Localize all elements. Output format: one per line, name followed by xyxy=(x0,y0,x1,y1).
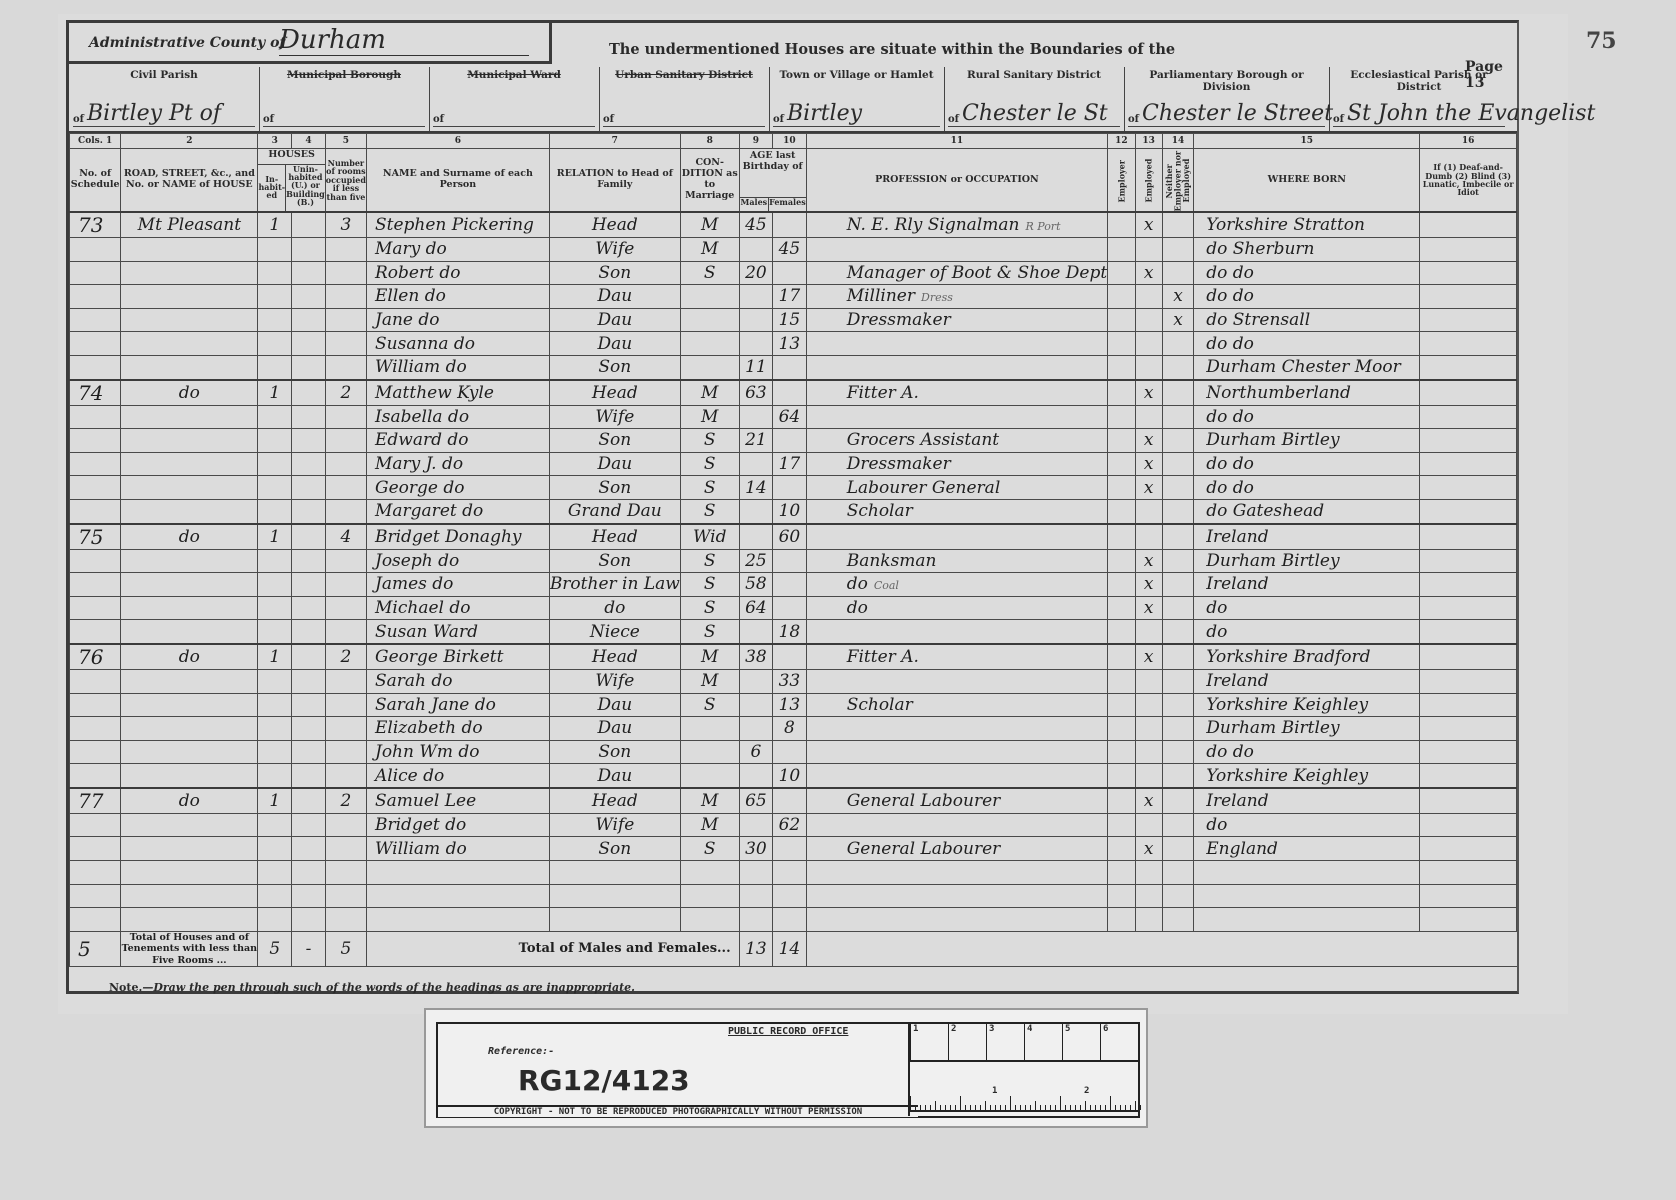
cell-male-age xyxy=(739,813,773,837)
cell-uninhabited xyxy=(292,908,326,932)
cell-rooms xyxy=(325,355,366,379)
ruler-tick xyxy=(1015,1105,1016,1110)
ruler-tick xyxy=(1090,1105,1091,1110)
cell-uninhabited xyxy=(292,549,326,573)
cell-infirmity xyxy=(1420,693,1517,717)
cell-road xyxy=(121,499,258,523)
cell-where-born-text: do do xyxy=(1206,742,1254,762)
column-numbers: Cols. 12345678910111213141516 xyxy=(70,134,1517,149)
cell-where-born: do do xyxy=(1194,405,1420,429)
cell-name: Susanna do xyxy=(367,332,550,356)
cell-where-born: Durham Birtley xyxy=(1194,549,1420,573)
census-row xyxy=(70,908,1517,932)
column-number: 9 xyxy=(739,134,773,149)
cell-relation xyxy=(549,908,680,932)
census-row: John Wm doSon6do do xyxy=(70,740,1517,764)
cell-relation: Son xyxy=(549,355,680,379)
cell-where-born-text: Yorkshire Stratton xyxy=(1206,215,1365,235)
cell-relation: Son xyxy=(549,837,680,861)
cell-employed xyxy=(1135,717,1162,741)
cell-occupation: Fitter A. xyxy=(806,644,1107,670)
cell-relation: Head xyxy=(549,644,680,670)
cell-condition: S xyxy=(680,596,739,620)
cell-inhabited xyxy=(258,355,292,379)
cell-occupation-text: General Labourer xyxy=(847,839,1001,859)
cell-infirmity xyxy=(1420,476,1517,500)
cell-employer xyxy=(1108,549,1135,573)
cell-schedule xyxy=(70,620,121,644)
cell-where-born-text: Yorkshire Keighley xyxy=(1206,766,1368,786)
cell-employer xyxy=(1108,717,1135,741)
cell-male-age xyxy=(739,499,773,523)
cell-condition-text: S xyxy=(704,454,716,474)
cell-uninhabited xyxy=(292,499,326,523)
cell-infirmity xyxy=(1420,764,1517,788)
cell-condition-text: Wid xyxy=(693,527,727,547)
cell-uninhabited xyxy=(292,261,326,285)
cell-schedule xyxy=(70,238,121,262)
cell-relation: Grand Dau xyxy=(549,499,680,523)
cell-schedule xyxy=(70,861,121,885)
header-age: AGE last Birthday of Males Females xyxy=(739,149,806,213)
column-number: 5 xyxy=(325,134,366,149)
cell-uninhabited xyxy=(292,524,326,550)
header-males: Males xyxy=(740,198,769,211)
cell-female-age-text: 17 xyxy=(779,286,801,306)
cell-female-age: 33 xyxy=(773,669,807,693)
census-row: 75do14Bridget DonaghyHeadWid60Ireland xyxy=(70,524,1517,550)
cell-female-age: 62 xyxy=(773,813,807,837)
cell-rooms xyxy=(325,429,366,453)
cell-male-age-text: 38 xyxy=(745,647,767,667)
cell-female-age-text: 15 xyxy=(779,310,801,330)
cell-occupation-text: Scholar xyxy=(847,501,913,521)
cell-relation-text: Head xyxy=(592,215,638,235)
cell-name-text: Edward do xyxy=(375,430,469,450)
cell-occupation-text: do xyxy=(847,598,868,618)
county-box: Administrative County of Durham xyxy=(69,23,552,64)
cell-occupation: N. E. Rly SignalmanR Port xyxy=(806,212,1107,238)
cell-male-age: 45 xyxy=(739,212,773,238)
cell-condition: M xyxy=(680,405,739,429)
occupation-annotation: R Port xyxy=(1025,220,1060,233)
cell-condition: S xyxy=(680,499,739,523)
cell-female-age-text: 17 xyxy=(779,454,801,474)
column-number: 4 xyxy=(292,134,326,149)
cell-occupation-text: Labourer General xyxy=(847,478,1001,498)
census-rows: 73Mt Pleasant13Stephen PickeringHeadM45N… xyxy=(70,212,1517,931)
cell-name-text: Mary do xyxy=(375,239,447,259)
cell-neither xyxy=(1162,573,1193,597)
cell-where-born-text: do Strensall xyxy=(1206,310,1310,330)
ruler-tick xyxy=(1060,1096,1061,1110)
page-corner-number: 75 xyxy=(1586,28,1617,54)
cell-female-age xyxy=(773,380,807,406)
cell-relation-text: Dau xyxy=(597,334,632,354)
cell-employed: x xyxy=(1135,573,1162,597)
cell-employer xyxy=(1108,837,1135,861)
cell-name-text: Stephen Pickering xyxy=(375,215,534,235)
cell-road xyxy=(121,355,258,379)
cell-relation: Son xyxy=(549,429,680,453)
cell-female-age xyxy=(773,596,807,620)
header-relation: RELATION to Head of Family xyxy=(549,149,680,213)
cell-male-age: 38 xyxy=(739,644,773,670)
occupation-annotation: Dress xyxy=(921,291,953,304)
cell-occupation: Scholar xyxy=(806,499,1107,523)
cell-male-age: 14 xyxy=(739,476,773,500)
ruler-tick xyxy=(1080,1105,1081,1110)
cell-name-text: Jane do xyxy=(375,310,439,330)
cell-road xyxy=(121,405,258,429)
census-row: Ellen doDau17MillinerDressxdo do xyxy=(70,285,1517,309)
cell-employed xyxy=(1135,813,1162,837)
cell-female-age xyxy=(773,644,807,670)
cell-employed xyxy=(1135,740,1162,764)
header-houses: HOUSES In-habit-ed Unin-habited (U.) or … xyxy=(258,149,325,213)
ruler-tick xyxy=(935,1101,936,1110)
cell-employed xyxy=(1135,669,1162,693)
cell-uninhabited xyxy=(292,644,326,670)
cell-neither xyxy=(1162,620,1193,644)
cell-infirmity xyxy=(1420,837,1517,861)
admin-division-title: Parliamentary Borough or Division xyxy=(1124,69,1329,93)
cell-road xyxy=(121,813,258,837)
cell-name-text: Susanna do xyxy=(375,334,475,354)
census-row xyxy=(70,861,1517,885)
cell-name-text: William do xyxy=(375,357,467,377)
cell-male-age xyxy=(739,908,773,932)
cell-condition-text: M xyxy=(701,407,718,427)
ruler-tick xyxy=(1095,1105,1096,1110)
cell-male-age xyxy=(739,717,773,741)
cell-road xyxy=(121,861,258,885)
ruler-tick xyxy=(1055,1105,1056,1110)
cell-where-born-text: do do xyxy=(1206,478,1254,498)
cell-employer xyxy=(1108,355,1135,379)
cell-male-age xyxy=(739,332,773,356)
cell-female-age: 18 xyxy=(773,620,807,644)
ruler-tick xyxy=(1045,1105,1046,1110)
cell-occupation-text: Milliner xyxy=(847,286,915,306)
cell-employer xyxy=(1108,524,1135,550)
cell-male-age: 25 xyxy=(739,549,773,573)
cell-name-text: Bridget do xyxy=(375,815,466,835)
total-uninhabited: - xyxy=(292,931,326,966)
cell-condition xyxy=(680,740,739,764)
cell-female-age: 10 xyxy=(773,499,807,523)
cell-schedule-text: 77 xyxy=(78,789,103,813)
cell-employer xyxy=(1108,908,1135,932)
census-row: Isabella doWifeM64do do xyxy=(70,405,1517,429)
cell-male-age xyxy=(739,764,773,788)
cell-name-text: James do xyxy=(375,574,453,594)
cell-infirmity xyxy=(1420,212,1517,238)
cell-infirmity xyxy=(1420,813,1517,837)
cell-female-age-text: 45 xyxy=(779,239,801,259)
column-number: 16 xyxy=(1420,134,1517,149)
ruler-top-mark: 5 xyxy=(1062,1024,1101,1060)
cell-name: Sarah do xyxy=(367,669,550,693)
cell-schedule: 75 xyxy=(70,524,121,550)
cell-inhabited xyxy=(258,620,292,644)
cell-road xyxy=(121,452,258,476)
cell-occupation: Dressmaker xyxy=(806,308,1107,332)
total-houses-label: Total of Houses and of Tenements with le… xyxy=(121,931,258,966)
census-row: Susan WardNieceS18do xyxy=(70,620,1517,644)
cell-name-text: Sarah do xyxy=(375,671,453,691)
cell-male-age-text: 30 xyxy=(745,839,767,859)
cell-name-text: Samuel Lee xyxy=(375,791,476,811)
census-row: Susanna doDau13do do xyxy=(70,332,1517,356)
cell-occupation xyxy=(806,355,1107,379)
cell-rooms xyxy=(325,837,366,861)
census-row: 76do12George BirkettHeadM38Fitter A.xYor… xyxy=(70,644,1517,670)
cell-occupation-text: Manager of Boot & Shoe Dept xyxy=(847,263,1107,283)
cell-employer xyxy=(1108,788,1135,814)
cell-female-age-text: 18 xyxy=(779,622,801,642)
cell-relation: Dau xyxy=(549,693,680,717)
cell-female-age xyxy=(773,861,807,885)
cell-rooms xyxy=(325,596,366,620)
cell-condition-text: S xyxy=(704,695,716,715)
cell-condition xyxy=(680,308,739,332)
cell-relation: Dau xyxy=(549,332,680,356)
cell-where-born: do Gateshead xyxy=(1194,499,1420,523)
header-name: NAME and Surname of each Person xyxy=(367,149,550,213)
cell-employer xyxy=(1108,261,1135,285)
cell-employer xyxy=(1108,332,1135,356)
ruler-tick xyxy=(1125,1105,1126,1110)
cell-road-text: do xyxy=(179,527,200,547)
cell-employer xyxy=(1108,764,1135,788)
cell-inhabited: 1 xyxy=(258,788,292,814)
cell-where-born: do do xyxy=(1194,261,1420,285)
cell-male-age: 30 xyxy=(739,837,773,861)
census-row: Margaret doGrand DauS10Scholardo Gateshe… xyxy=(70,499,1517,523)
cell-employer xyxy=(1108,405,1135,429)
cell-occupation: General Labourer xyxy=(806,837,1107,861)
cell-schedule xyxy=(70,549,121,573)
cell-relation: Dau xyxy=(549,308,680,332)
cell-condition xyxy=(680,908,739,932)
cell-male-age: 64 xyxy=(739,596,773,620)
cell-female-age: 17 xyxy=(773,285,807,309)
cell-where-born: do Strensall xyxy=(1194,308,1420,332)
cell-condition: M xyxy=(680,238,739,262)
cell-where-born: Yorkshire Bradford xyxy=(1194,644,1420,670)
cell-female-age-text: 10 xyxy=(779,501,801,521)
cell-employed xyxy=(1135,861,1162,885)
cell-employed xyxy=(1135,884,1162,908)
header-occupation: PROFESSION or OCCUPATION xyxy=(806,149,1107,213)
cell-name-text: William do xyxy=(375,839,467,859)
cell-inhabited xyxy=(258,884,292,908)
cell-inhabited: 1 xyxy=(258,380,292,406)
cell-name: George Birkett xyxy=(367,644,550,670)
cell-neither xyxy=(1162,788,1193,814)
cell-name: Susan Ward xyxy=(367,620,550,644)
cell-relation: Dau xyxy=(549,764,680,788)
cell-neither xyxy=(1162,261,1193,285)
cell-relation-text: Head xyxy=(592,527,638,547)
cell-occupation-text: Grocers Assistant xyxy=(847,430,999,450)
cell-condition: M xyxy=(680,212,739,238)
admin-division: Municipal Boroughof xyxy=(259,67,430,131)
cell-name-text: Sarah Jane do xyxy=(375,695,496,715)
cell-employer xyxy=(1108,452,1135,476)
cell-uninhabited xyxy=(292,355,326,379)
cell-schedule xyxy=(70,596,121,620)
cell-occupation: doCoal xyxy=(806,573,1107,597)
column-number: 15 xyxy=(1194,134,1420,149)
ruler-top-mark: 1 xyxy=(910,1024,949,1060)
admin-of-label: of xyxy=(263,114,274,125)
admin-division-title: Municipal Ward xyxy=(429,69,599,81)
admin-division-value: Birtley xyxy=(773,101,940,127)
ruler-top-mark: 6 xyxy=(1100,1024,1139,1060)
header-where-born: WHERE BORN xyxy=(1194,149,1420,213)
measurement-ruler: 12 123456 xyxy=(908,1024,1140,1116)
ruler-tick xyxy=(1005,1105,1006,1110)
cell-relation: Brother in Law xyxy=(549,573,680,597)
cell-employed xyxy=(1135,405,1162,429)
header-females: Females xyxy=(769,198,806,211)
cell-employer xyxy=(1108,861,1135,885)
cell-neither xyxy=(1162,813,1193,837)
cell-schedule: 77 xyxy=(70,788,121,814)
cell-name: Ellen do xyxy=(367,285,550,309)
cell-employer xyxy=(1108,308,1135,332)
cell-relation: Niece xyxy=(549,620,680,644)
cell-employed xyxy=(1135,908,1162,932)
cell-inhabited xyxy=(258,429,292,453)
cell-employer xyxy=(1108,596,1135,620)
cell-inhabited xyxy=(258,332,292,356)
cell-female-age-text: 64 xyxy=(779,407,801,427)
cell-rooms xyxy=(325,285,366,309)
cell-female-age-text: 8 xyxy=(784,718,795,738)
county-value: Durham xyxy=(279,25,529,56)
cell-where-born: do do xyxy=(1194,452,1420,476)
cell-relation: Wife xyxy=(549,813,680,837)
cell-female-age-text: 60 xyxy=(779,527,801,547)
cell-occupation xyxy=(806,813,1107,837)
ruler-tick xyxy=(1030,1105,1031,1110)
cell-neither xyxy=(1162,452,1193,476)
cell-uninhabited xyxy=(292,308,326,332)
ruler-tick xyxy=(960,1096,961,1110)
cell-occupation xyxy=(806,764,1107,788)
ruler-tick xyxy=(990,1105,991,1110)
cell-schedule xyxy=(70,476,121,500)
cell-rooms xyxy=(325,308,366,332)
census-table: Cols. 12345678910111213141516 No. of Sch… xyxy=(69,133,1517,967)
cell-where-born-text: do xyxy=(1206,622,1227,642)
cell-name-text: Michael do xyxy=(375,598,470,618)
census-row: Joseph doSonS25BanksmanxDurham Birtley xyxy=(70,549,1517,573)
cell-condition: S xyxy=(680,549,739,573)
cell-rooms xyxy=(325,476,366,500)
cell-rooms-text: 2 xyxy=(340,791,351,811)
cell-name xyxy=(367,908,550,932)
ruler-tick xyxy=(945,1105,946,1110)
ruler-tick xyxy=(995,1105,996,1110)
cell-name: Isabella do xyxy=(367,405,550,429)
cell-neither xyxy=(1162,717,1193,741)
cell-rooms-text: 2 xyxy=(340,647,351,667)
cell-uninhabited xyxy=(292,332,326,356)
ruler-tick xyxy=(1025,1105,1026,1110)
boundaries-banner: The undermentioned Houses are situate wi… xyxy=(609,41,1175,58)
cell-male-age: 20 xyxy=(739,261,773,285)
cell-neither xyxy=(1162,429,1193,453)
cell-relation-text: Head xyxy=(592,647,638,667)
cell-occupation-text: Fitter A. xyxy=(847,383,919,403)
cell-schedule xyxy=(70,764,121,788)
cell-rooms xyxy=(325,499,366,523)
column-number: 6 xyxy=(367,134,550,149)
cell-schedule xyxy=(70,669,121,693)
ruler-tick xyxy=(1085,1101,1086,1110)
cell-female-age xyxy=(773,573,807,597)
cell-female-age: 15 xyxy=(773,308,807,332)
cell-condition-text: M xyxy=(701,647,718,667)
cell-employed-text: x xyxy=(1144,215,1154,235)
cell-road xyxy=(121,669,258,693)
cell-neither xyxy=(1162,380,1193,406)
cell-relation-text: Son xyxy=(598,430,631,450)
ruler-tick xyxy=(1110,1096,1111,1110)
cell-road: Mt Pleasant xyxy=(121,212,258,238)
cell-female-age xyxy=(773,788,807,814)
ruler-bottom-label: 2 xyxy=(1084,1086,1089,1096)
admin-division-value xyxy=(433,126,595,127)
cell-uninhabited xyxy=(292,764,326,788)
cell-where-born-text: do do xyxy=(1206,407,1254,427)
ruler-tick xyxy=(1140,1105,1141,1110)
total-inhabited: 5 xyxy=(258,931,292,966)
cell-road xyxy=(121,285,258,309)
cell-infirmity xyxy=(1420,429,1517,453)
cell-where-born-text: do do xyxy=(1206,334,1254,354)
cell-name-text: Bridget Donaghy xyxy=(375,527,522,547)
cell-female-age-text: 10 xyxy=(779,766,801,786)
cell-employed-text: x xyxy=(1144,647,1154,667)
cell-female-age-text: 13 xyxy=(779,334,801,354)
total-mf-label: Total of Males and Females... xyxy=(367,931,740,966)
admin-division-value: Chester le Street xyxy=(1128,101,1325,127)
cell-road xyxy=(121,884,258,908)
cell-male-age-text: 14 xyxy=(745,478,767,498)
cell-road-text: do xyxy=(179,383,200,403)
cell-where-born: do Sherburn xyxy=(1194,238,1420,262)
census-row: George doSonS14Labourer Generalxdo do xyxy=(70,476,1517,500)
cell-infirmity xyxy=(1420,355,1517,379)
cell-occupation: do xyxy=(806,596,1107,620)
cell-employed xyxy=(1135,620,1162,644)
cell-infirmity xyxy=(1420,861,1517,885)
cell-neither xyxy=(1162,861,1193,885)
cell-where-born-text: do do xyxy=(1206,286,1254,306)
cell-male-age xyxy=(739,238,773,262)
cell-male-age: 63 xyxy=(739,380,773,406)
cell-female-age: 8 xyxy=(773,717,807,741)
footnote-text: —Draw the pen through such of the words … xyxy=(142,981,635,994)
ruler-tick xyxy=(1120,1105,1121,1110)
cell-occupation-text: Banksman xyxy=(847,551,937,571)
cell-schedule xyxy=(70,285,121,309)
